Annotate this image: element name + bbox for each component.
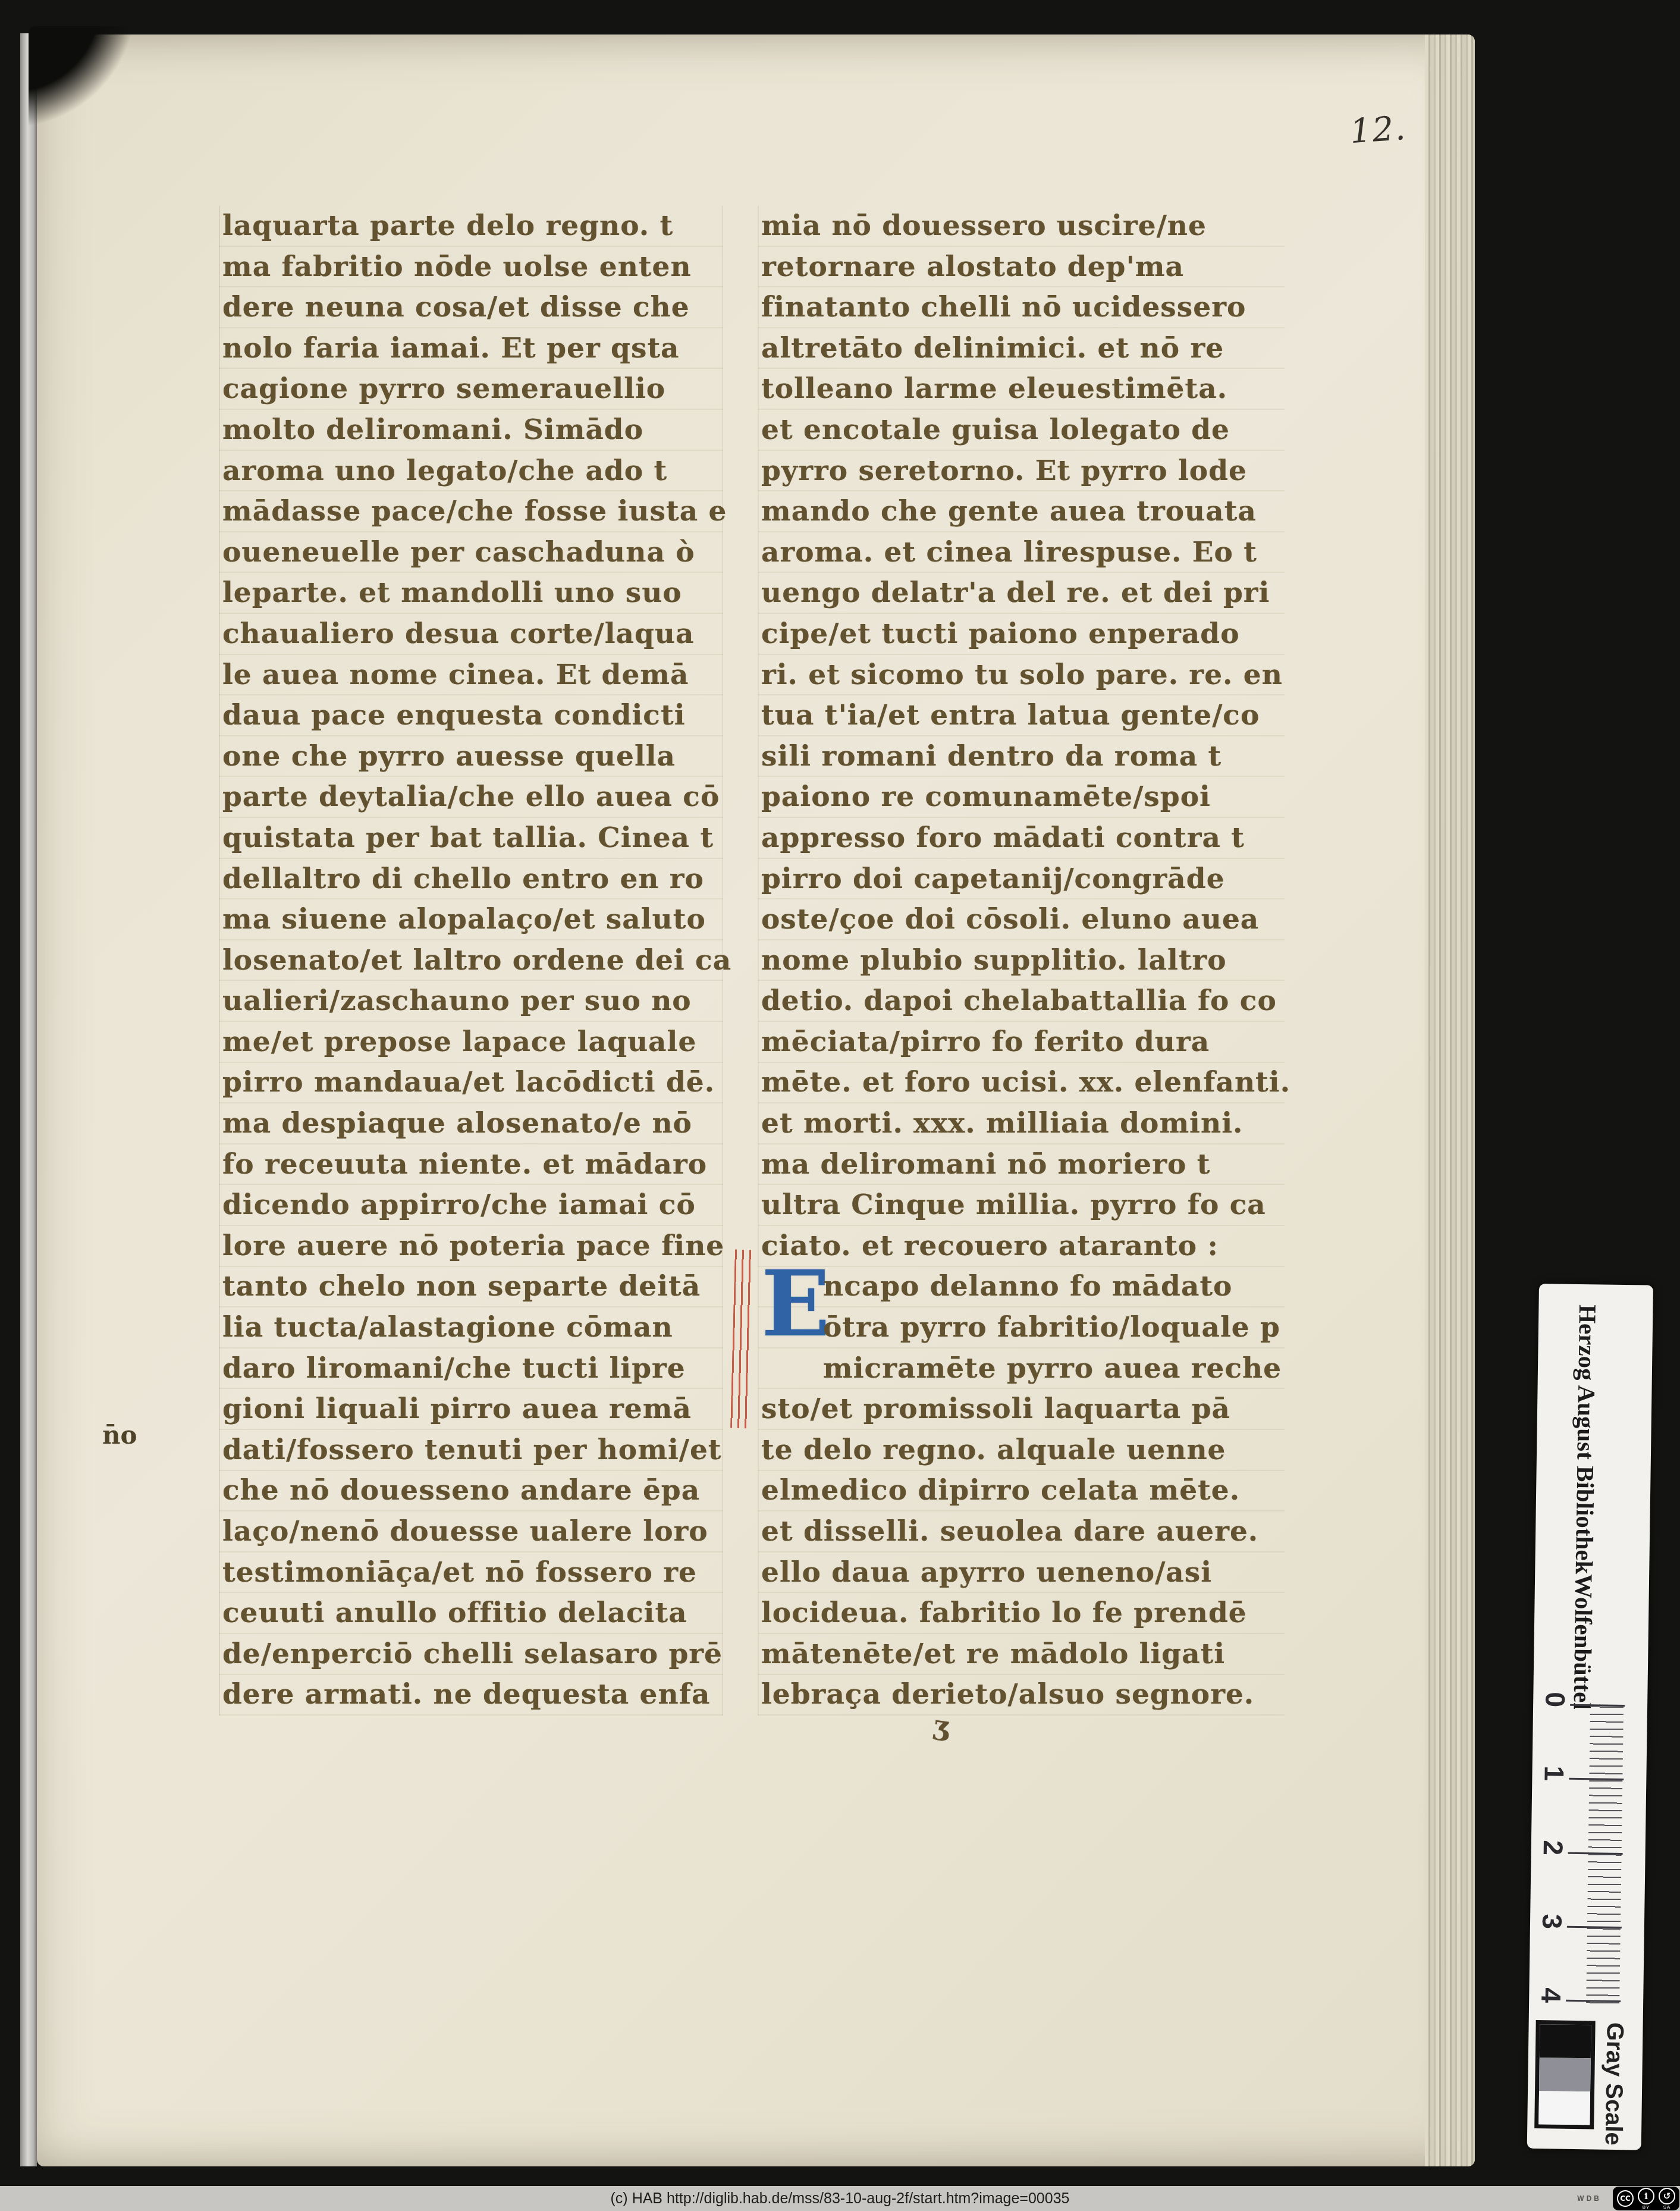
- gray-scale-gray-cell: [1539, 2058, 1591, 2091]
- text-line: tua t'ia/et entra latua gente/co: [761, 695, 1285, 736]
- scale-ruler: Herzog August Bibliothek Wolfenbüttel 01…: [1527, 1284, 1653, 2150]
- ruler-number: 3: [1535, 1914, 1568, 1988]
- text-line: le auea nome cinea. Et demā: [222, 655, 722, 696]
- text-line: quistata per bat tallia. Cinea t: [222, 818, 722, 859]
- text-line: ma fabritio nōde uolse enten: [222, 247, 722, 288]
- by-item: BY: [1638, 2188, 1654, 2210]
- text-line: laquarta parte delo regno. t: [222, 206, 722, 247]
- text-line: mādasse pace/che fosse iusta e: [222, 491, 722, 532]
- ruler-label: Herzog August Bibliothek Wolfenbüttel: [1534, 1304, 1653, 1674]
- text-line: de/enperciō chelli selasaro prē: [222, 1634, 722, 1675]
- text-line: dati/fossero tenuti per homi/et: [222, 1430, 722, 1471]
- text-line: dellaltro di chello entro en ro: [222, 859, 722, 900]
- text-line: dere armati. ne dequesta enfa: [222, 1674, 722, 1716]
- text-line: uengo delatr'a del re. et dei pri: [761, 573, 1285, 614]
- manuscript-page: 12. n̄o laquarta parte delo regno. tma f…: [37, 35, 1475, 2166]
- text-line: mēciata/pirro fo ferito dura: [761, 1022, 1285, 1063]
- text-line: testimoniāça/et nō fossero re: [222, 1553, 722, 1594]
- text-line: fo receuuta niente. et mādaro: [222, 1144, 722, 1186]
- text-line: losenato/et laltro ordene dei ca: [222, 940, 722, 981]
- by-label: BY: [1643, 2204, 1650, 2210]
- folio-number: 12.: [1349, 109, 1408, 151]
- text-line: ualieri/zaschauno per suo no: [222, 981, 722, 1022]
- text-block-upper: mia nō douessero uscire/neretornare alos…: [761, 206, 1285, 1266]
- text-line: nolo faria iamai. Et per qsta: [222, 328, 722, 369]
- fore-edge-pages: [1425, 35, 1475, 2166]
- ruler-label-line1: Herzog August Bibliothek: [1570, 1304, 1602, 1575]
- text-line: cagione pyrro semerauellio: [222, 369, 722, 410]
- penwork-flourish-icon: [730, 1250, 755, 1429]
- text-line: dicendo appirro/che iamai cō: [222, 1185, 722, 1226]
- initial-paragraph: E ncapo delanno fo mādatoōtra pyrro fabr…: [761, 1266, 1285, 1716]
- text-line: ciato. et recouero ataranto :: [761, 1226, 1285, 1267]
- text-line: me/et prepose lapace laquale: [222, 1022, 722, 1063]
- text-line: dere neuna cosa/et disse che: [222, 287, 722, 328]
- text-line: detio. dapoi chelabattallia fo co: [761, 981, 1285, 1022]
- text-line: paiono re comunamēte/spoi: [761, 777, 1285, 818]
- text-line: chaualiero desua corte/laqua: [222, 614, 722, 655]
- text-line: ceuuti anullo offitio delacita: [222, 1593, 722, 1634]
- text-line: one che pyrro auesse quella: [222, 736, 722, 777]
- text-line: mātenēte/et re mādolo ligati: [761, 1634, 1285, 1675]
- ruler-number: 0: [1538, 1692, 1572, 1766]
- text-block-paragraph: ncapo delanno fo mādatoōtra pyrro fabrit…: [761, 1266, 1285, 1716]
- sa-label: SA: [1663, 2204, 1671, 2210]
- text-line: ri. et sicomo tu solo pare. re. en: [761, 655, 1285, 696]
- text-line: che nō douesseno andare ēpa: [222, 1470, 722, 1511]
- text-line: laço/nenō douesse ualere loro: [222, 1511, 722, 1553]
- text-line: nome plubio supplitio. laltro: [761, 940, 1285, 981]
- gray-scale-cells: [1534, 2020, 1596, 2129]
- film-strip: [20, 33, 37, 2166]
- text-line: et disselli. seuolea dare auere.: [761, 1511, 1285, 1553]
- cc-icon: CC: [1617, 2190, 1634, 2207]
- text-line: et encotale guisa lolegato de: [761, 410, 1285, 451]
- text-line: ma siuene alopalaço/et saluto: [222, 899, 722, 940]
- text-line: aroma uno legato/che ado t: [222, 451, 722, 492]
- text-line: ma deliromani nō moriero t: [761, 1144, 1285, 1186]
- cc-item: CC: [1617, 2190, 1634, 2207]
- gray-scale-label: Gray Scale: [1600, 2022, 1628, 2142]
- person-icon: [1638, 2188, 1654, 2204]
- text-line: ultra Cinque millia. pyrro fo ca: [761, 1185, 1285, 1226]
- text-line: pyrro seretorno. Et pyrro lode: [761, 451, 1285, 492]
- text-line: mando che gente auea trouata: [761, 491, 1285, 532]
- text-line: aroma. et cinea lirespuse. Eo t: [761, 532, 1285, 573]
- text-line: retornare alostato dep'ma: [761, 247, 1285, 288]
- marginal-note: n̄o: [102, 1420, 137, 1450]
- text-line: daro liromani/che tucti lipre: [222, 1348, 722, 1390]
- text-line: elmedico dipirro celata mēte.: [761, 1470, 1285, 1511]
- wdb-label: WDB: [1577, 2194, 1602, 2203]
- cover-corner-shadow: [29, 26, 165, 163]
- ruler-label-line2: Wolfenbüttel: [1568, 1574, 1597, 1710]
- text-line: ōtra pyrro fabritio/loquale p: [761, 1307, 1285, 1348]
- text-line: ma despiaque alosenato/e nō: [222, 1103, 722, 1144]
- text-line: finatanto chelli nō ucidessero: [761, 287, 1285, 328]
- text-line: daua pace enquesta condicti: [222, 695, 722, 736]
- text-line: oueneuelle per caschaduna ò: [222, 532, 722, 573]
- copyright-text: (c) HAB http://diglib.hab.de/mss/83-10-a…: [0, 2186, 1680, 2211]
- text-line: te delo regno. alquale uenne: [761, 1430, 1285, 1471]
- text-line: locideua. fabritio lo fe prendē: [761, 1593, 1285, 1634]
- gray-scale-patch: Gray Scale: [1534, 2020, 1596, 2129]
- text-column-right: mia nō douessero uscire/neretornare alos…: [758, 206, 1285, 1716]
- text-column-left: laquarta parte delo regno. tma fabritio …: [219, 206, 723, 1716]
- ruler-number: 2: [1536, 1840, 1569, 1914]
- text-line: ncapo delanno fo mādato: [761, 1266, 1285, 1307]
- ruler-number: 1: [1537, 1765, 1571, 1840]
- text-line: sto/et promissoli laquarta pā: [761, 1389, 1285, 1430]
- text-line: sili romani dentro da roma t: [761, 736, 1285, 777]
- text-line: appresso foro mādati contra t: [761, 818, 1285, 859]
- share-alike-icon: [1659, 2188, 1675, 2204]
- text-line: lebraça derieto/alsuo segnore.: [761, 1674, 1285, 1716]
- text-line: mēte. et foro ucisi. xx. elenfanti.: [761, 1062, 1285, 1103]
- photo-stage: 12. n̄o laquarta parte delo regno. tma f…: [0, 0, 1680, 2211]
- cc-license-badge: CC BY SA: [1613, 2187, 1679, 2210]
- text-line: lia tucta/alastagione cōman: [222, 1307, 722, 1348]
- text-line: gioni liquali pirro auea remā: [222, 1389, 722, 1430]
- text-line: tanto chelo non separte deitā: [222, 1266, 722, 1307]
- ruler-numbers: 01234: [1534, 1692, 1642, 2063]
- sa-item: SA: [1659, 2188, 1675, 2210]
- text-line: tolleano larme eleuestimēta.: [761, 369, 1285, 410]
- text-line: ello daua apyrro ueneno/asi: [761, 1553, 1285, 1594]
- text-line: cipe/et tucti paiono enperado: [761, 614, 1285, 655]
- text-line: micramēte pyrro auea reche: [761, 1348, 1285, 1390]
- initial-letter-E: E: [761, 1266, 823, 1348]
- text-line: oste/çoe doi cōsoli. eluno auea: [761, 899, 1285, 940]
- text-line: leparte. et mandolli uno suo: [222, 573, 722, 614]
- text-line: molto deliromani. Simādo: [222, 410, 722, 451]
- footer-bar: (c) HAB http://diglib.hab.de/mss/83-10-a…: [0, 2186, 1680, 2211]
- text-line: et morti. xxx. milliaia domini.: [761, 1103, 1285, 1144]
- text-line: lore auere nō poteria pace fine: [222, 1226, 722, 1267]
- gray-scale-black-cell: [1540, 2024, 1591, 2058]
- text-line: pirro mandaua/et lacōdicti dē.: [222, 1062, 722, 1103]
- text-line: pirro doi capetanij/congrāde: [761, 859, 1285, 900]
- text-line: parte deytalia/che ello auea cō: [222, 777, 722, 818]
- text-line: mia nō douessero uscire/ne: [761, 206, 1285, 247]
- gray-scale-white-cell: [1538, 2091, 1590, 2125]
- text-line: altretāto delinimici. et nō re: [761, 328, 1285, 369]
